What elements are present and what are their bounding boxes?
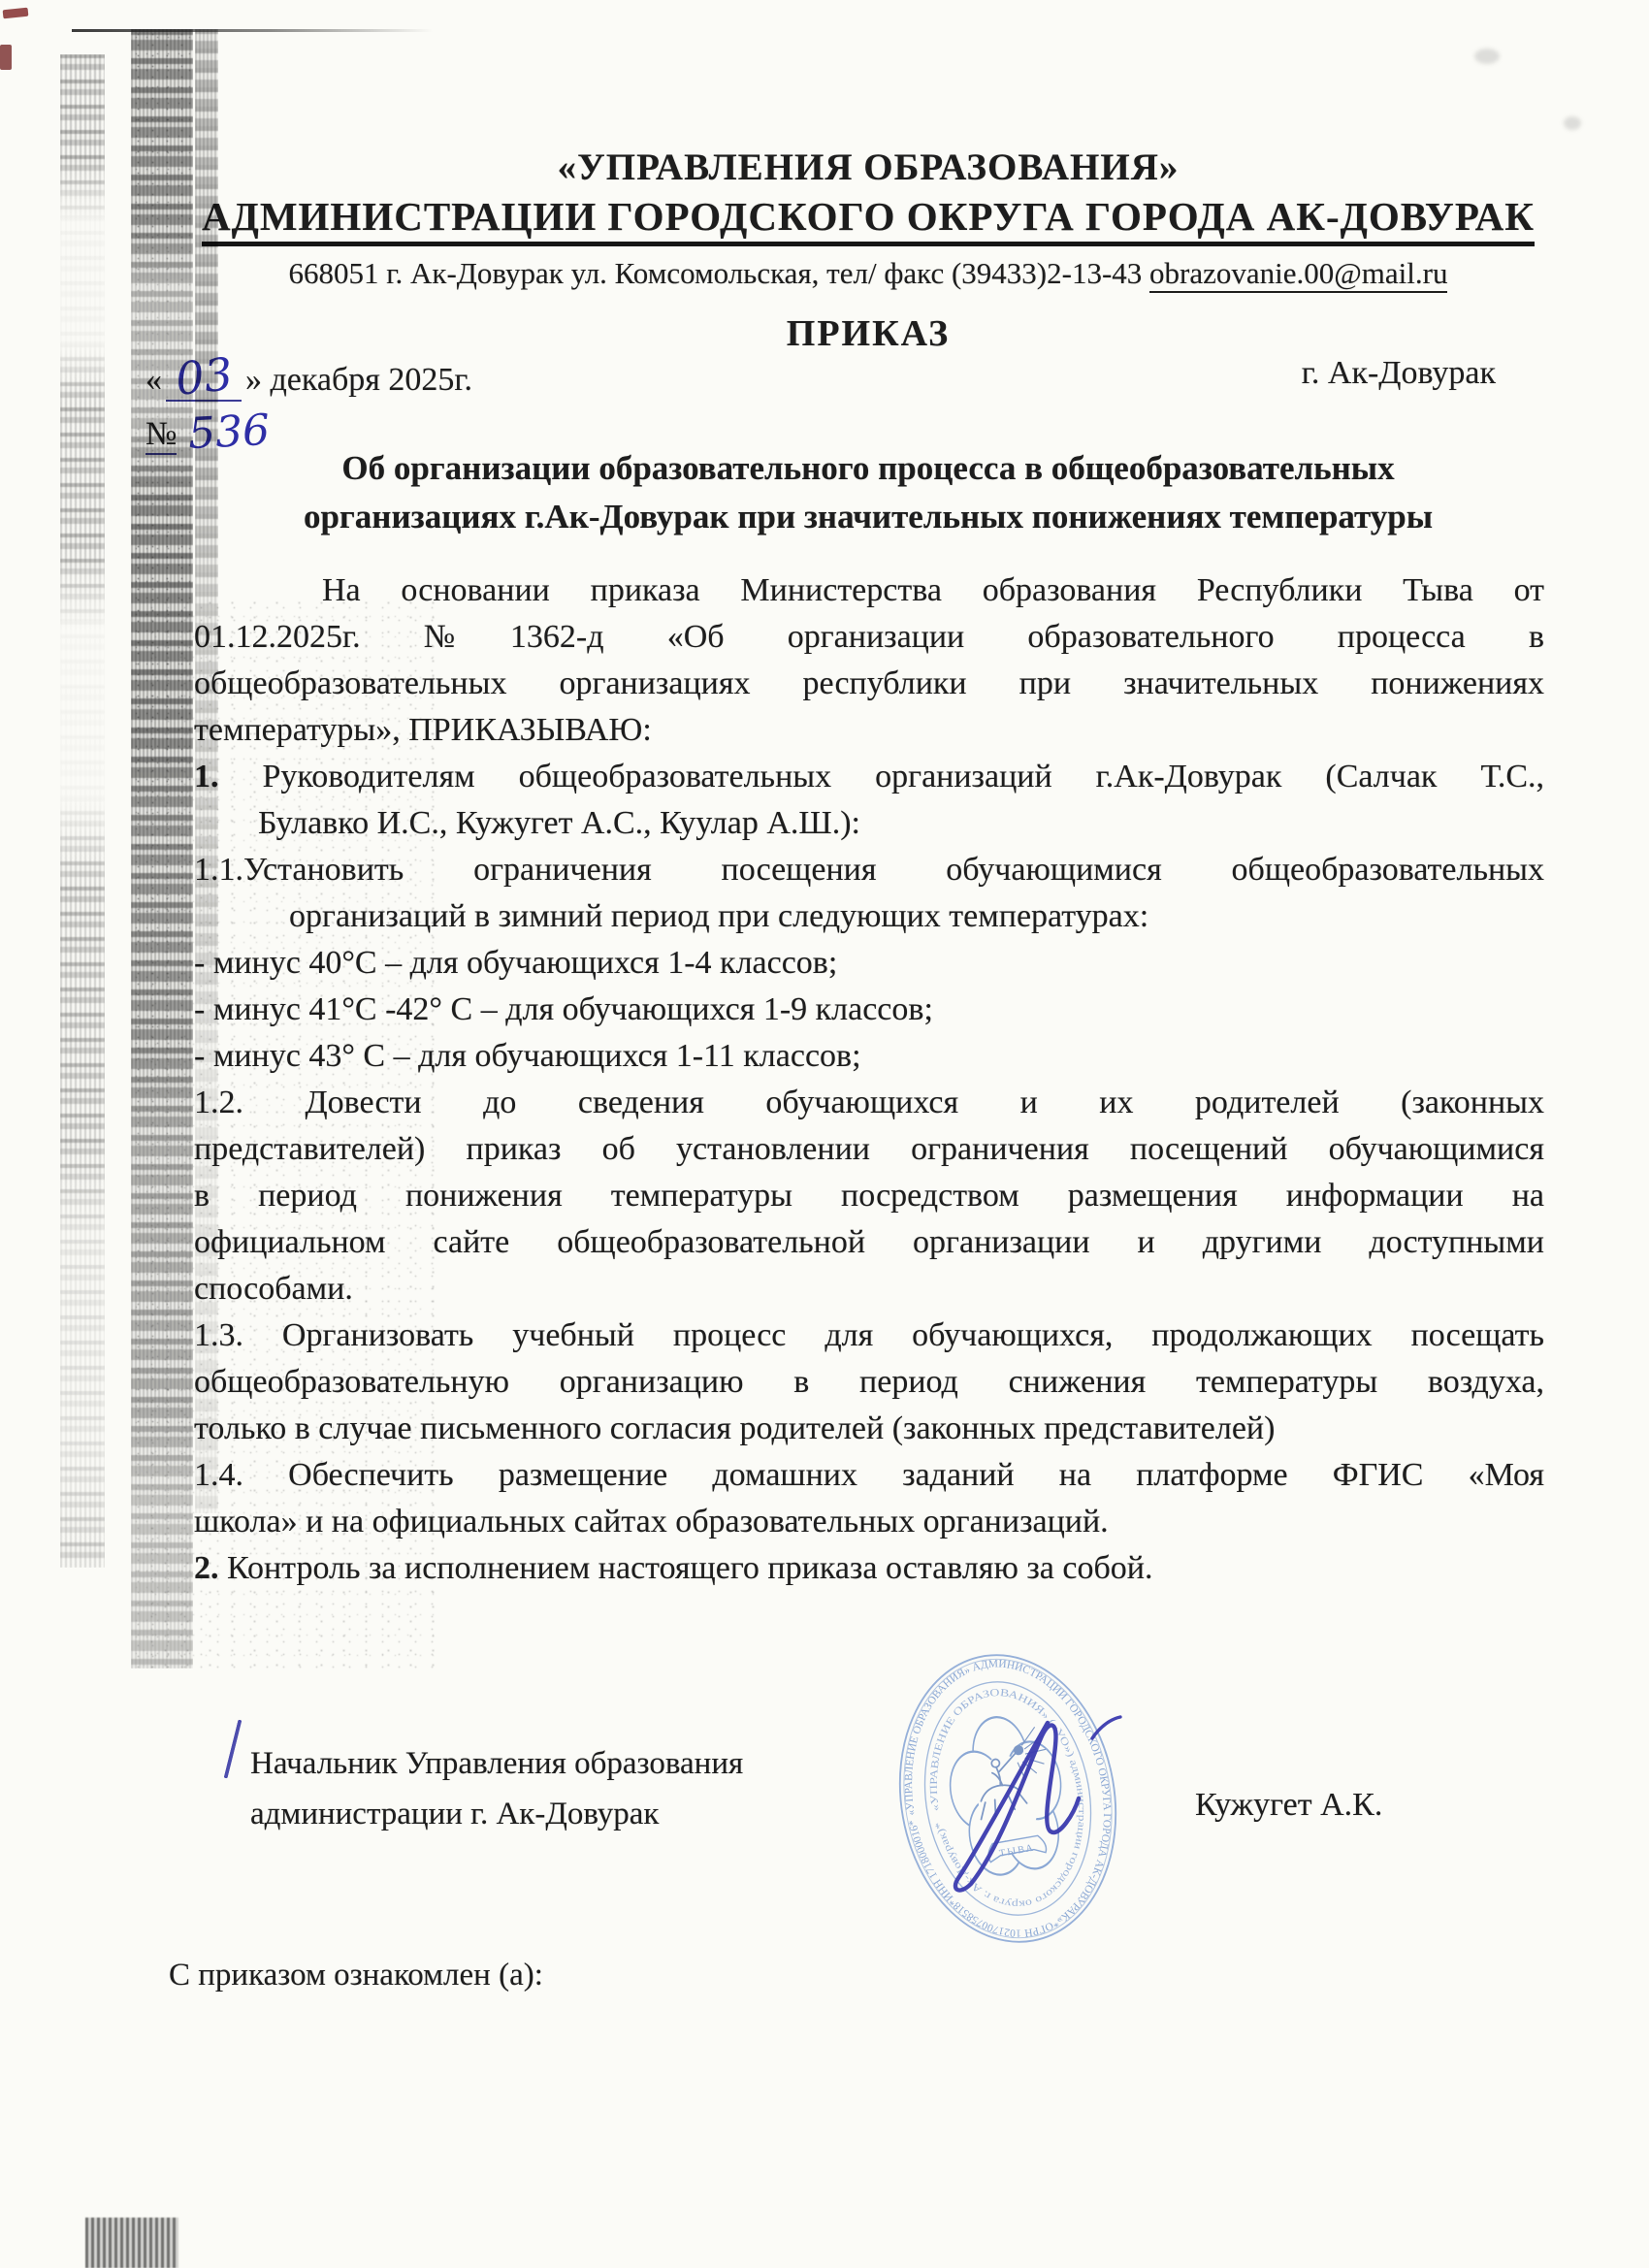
autograph-signature — [920, 1707, 1152, 1911]
item-line: 2. Контроль за исполнением настоящего пр… — [194, 1545, 1544, 1592]
item-text: Организовать учебный процесс для обучающ… — [282, 1317, 1544, 1353]
order-item-1-4: 1.4. Обеспечить размещение домашних зада… — [194, 1452, 1544, 1545]
dash-marker: - — [194, 991, 205, 1027]
item-line: официальном сайте общеобразовательной ор… — [194, 1219, 1544, 1266]
date-place: г. Ак-Довурак — [1302, 355, 1496, 392]
item-line: 1.1.Установить ограничения посещения обу… — [289, 847, 1544, 893]
item-marker: 1.1. — [194, 852, 243, 888]
item-marker: 1.3. — [194, 1317, 243, 1353]
item-line: 1.4. Обеспечить размещение домашних зада… — [194, 1452, 1544, 1499]
item-line: Булавко И.С., Кужугет А.С., Куулар А.Ш.)… — [258, 800, 1544, 847]
dash-marker: - — [194, 1038, 205, 1074]
org-address: 668051 г. Ак-Довурак ул. Комсомольская, … — [289, 256, 1143, 290]
order-item-1-2: 1.2. Довести до сведения обучающихся и и… — [194, 1080, 1544, 1312]
doc-type-title: ПРИКАЗ — [194, 312, 1542, 355]
org-name-line1: «УПРАВЛЕНИЯ ОБРАЗОВАНИЯ» — [194, 146, 1542, 190]
temp-rule-3: - минус 43° С – для обучающихся 1-11 кла… — [194, 1033, 1544, 1080]
item-line: 1. Руководителям общеобразовательных орг… — [258, 754, 1544, 800]
item-marker: 2. — [194, 1550, 219, 1586]
scan-smudge-2 — [1564, 116, 1581, 130]
temp-text: минус 41°С -42° С – для обучающихся 1-9 … — [213, 991, 933, 1027]
item-marker: 1.2. — [194, 1085, 243, 1120]
acknowledgement-line: С приказом ознакомлен (а): — [169, 1958, 543, 1993]
signature-role-line1: Начальник Управления образования — [250, 1738, 743, 1789]
item-line: в период понижения температуры посредств… — [194, 1173, 1544, 1219]
item-text: Довести до сведения обучающихся и их род… — [305, 1085, 1544, 1120]
scan-edge-line — [72, 29, 433, 32]
date-left: «03» декабря 2025г. — [145, 355, 472, 402]
item-line: 1.3. Организовать учебный процесс для об… — [194, 1312, 1544, 1359]
signature-role-line2: администрации г. Ак-Довурак — [250, 1789, 743, 1839]
org-name-line2-wrap: АДМИНИСТРАЦИИ ГОРОДСКОГО ОКРУГА ГОРОДА А… — [194, 192, 1542, 250]
date-day-handwritten: 03 — [174, 354, 234, 399]
intro-line: На основании приказа Министерства образо… — [194, 567, 1544, 614]
intro-line: 01.12.2025г. №1362-д «Об организации обр… — [194, 614, 1544, 661]
item-marker: 1. — [194, 759, 219, 794]
item-line: общеобразовательную организацию в период… — [194, 1359, 1544, 1406]
intro-line: общеобразовательных организациях республ… — [194, 661, 1544, 707]
org-address-line: 668051 г. Ак-Довурак ул. Комсомольская, … — [194, 253, 1542, 294]
order-item-1-1: 1.1.Установить ограничения посещения обу… — [194, 847, 1544, 940]
scan-noise-band-outer — [60, 54, 105, 1568]
item-marker: 1.4. — [194, 1457, 243, 1493]
temp-rule-2: - минус 41°С -42° С – для обучающихся 1-… — [194, 987, 1544, 1033]
scan-noise-band-dark — [131, 29, 193, 1669]
item-line: представителей) приказ об установлении о… — [194, 1126, 1544, 1173]
quote-open: « — [145, 362, 162, 398]
pen-slash-mark — [224, 1719, 242, 1778]
item-line: организаций в зимний период при следующи… — [289, 893, 1544, 940]
number-sign: № — [145, 416, 177, 455]
item-line: способами. — [194, 1266, 1544, 1312]
item-text: Установить ограничения посещения обучающ… — [243, 852, 1544, 888]
item-line: школа» и на официальных сайтах образоват… — [194, 1499, 1544, 1545]
order-body: На основании приказа Министерства образо… — [194, 567, 1544, 1592]
item-text: Руководителям общеобразовательных органи… — [263, 759, 1544, 794]
order-title-line2: организациях г.Ак-Довурак при значительн… — [213, 493, 1523, 541]
item-line: только в случае письменного согласия род… — [194, 1406, 1544, 1452]
order-title: Об организации образовательного процесса… — [213, 444, 1523, 541]
letterhead: «УПРАВЛЕНИЯ ОБРАЗОВАНИЯ» АДМИНИСТРАЦИИ Г… — [194, 146, 1542, 294]
date-line: «03» декабря 2025г. г. Ак-Довурак — [145, 355, 1496, 402]
order-item-2: 2. Контроль за исполнением настоящего пр… — [194, 1545, 1544, 1592]
temp-rule-1: - минус 40°С – для обучающихся 1-4 класс… — [194, 940, 1544, 987]
intro-line: температуры», ПРИКАЗЫВАЮ: — [194, 707, 1544, 754]
scan-smudge-1 — [1474, 49, 1500, 64]
item-line: 1.2. Довести до сведения обучающихся и и… — [194, 1080, 1544, 1126]
date-tail: » декабря 2025г. — [245, 362, 472, 398]
org-name-line2: АДМИНИСТРАЦИИ ГОРОДСКОГО ОКРУГА ГОРОДА А… — [202, 192, 1535, 246]
order-item-1-3: 1.3. Организовать учебный процесс для об… — [194, 1312, 1544, 1452]
item-text: Контроль за исполнением настоящего прика… — [227, 1550, 1152, 1586]
dash-marker: - — [194, 945, 205, 981]
order-item-1: 1. Руководителям общеобразовательных орг… — [194, 754, 1544, 847]
temp-text: минус 43° С – для обучающихся 1-11 класс… — [213, 1038, 861, 1074]
scan-red-mark-2 — [0, 45, 12, 70]
date-day-blank: 03 — [166, 355, 242, 402]
item-text: Обеспечить размещение домашних заданий н… — [288, 1457, 1544, 1493]
scan-red-mark-1 — [3, 8, 29, 19]
order-title-line1: Об организации образовательного процесса… — [213, 444, 1523, 493]
scanned-document-page: «УПРАВЛЕНИЯ ОБРАЗОВАНИЯ» АДМИНИСТРАЦИИ Г… — [0, 0, 1649, 2268]
signature-name: Кужугет А.К. — [1195, 1787, 1382, 1824]
scan-noise-bottom — [85, 2218, 178, 2268]
temp-text: минус 40°С – для обучающихся 1-4 классов… — [213, 945, 837, 981]
signature-role: Начальник Управления образования админис… — [250, 1738, 743, 1839]
org-email: obrazovanie.00@mail.ru — [1149, 256, 1447, 293]
